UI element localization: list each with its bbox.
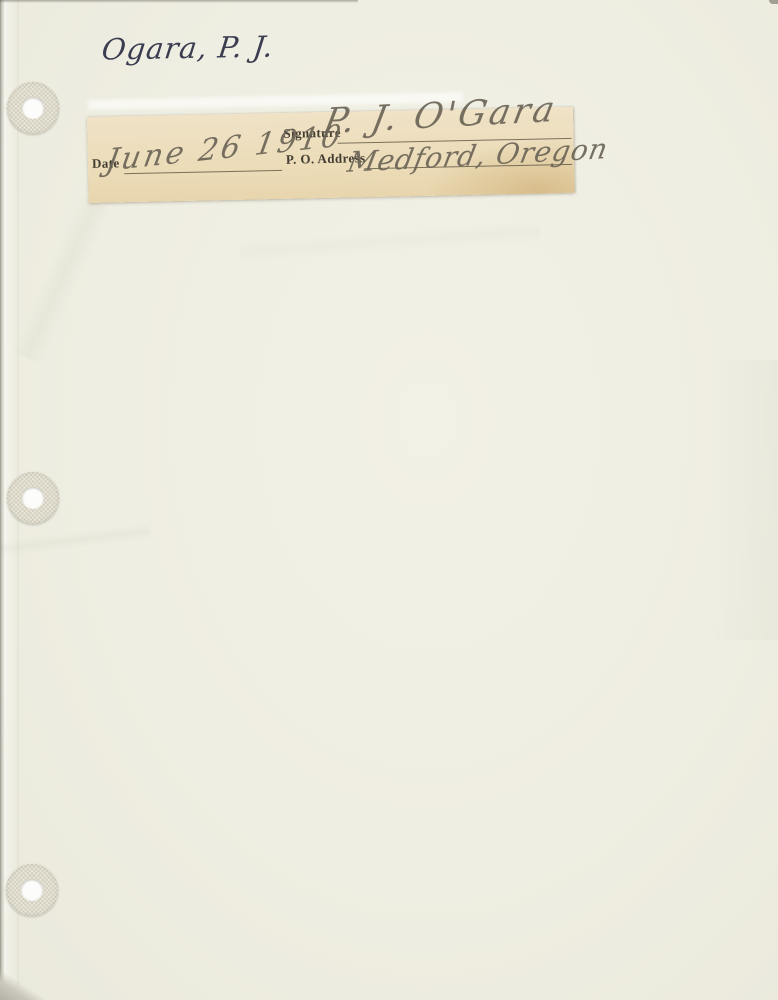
punch-hole xyxy=(21,879,43,901)
po-address-label: P. O. Address xyxy=(286,150,366,168)
paper-crease xyxy=(708,360,778,640)
top-right-corner-speck xyxy=(769,0,778,4)
bottom-left-corner-shadow xyxy=(0,970,46,1000)
hole-reinforcement-middle xyxy=(7,472,59,524)
hole-reinforcement-top xyxy=(7,82,59,134)
hole-reinforcement-bottom xyxy=(6,864,58,916)
wrinkle-highlight xyxy=(88,92,463,110)
paper-crease xyxy=(0,180,146,380)
scanned-page: Ogara, P. J. Signature Date P. O. Addres… xyxy=(0,0,778,1000)
handwritten-name-heading: Ogara, P. J. xyxy=(100,29,276,66)
page-top-edge-shadow xyxy=(0,0,358,3)
paper-crease xyxy=(238,200,541,281)
date-label: Date xyxy=(92,155,120,172)
signature-slip: Signature Date P. O. Address xyxy=(87,107,575,203)
signature-label: Signature xyxy=(283,125,341,142)
punch-hole xyxy=(22,97,44,119)
date-rule-line xyxy=(124,170,282,174)
punch-hole xyxy=(22,487,44,509)
